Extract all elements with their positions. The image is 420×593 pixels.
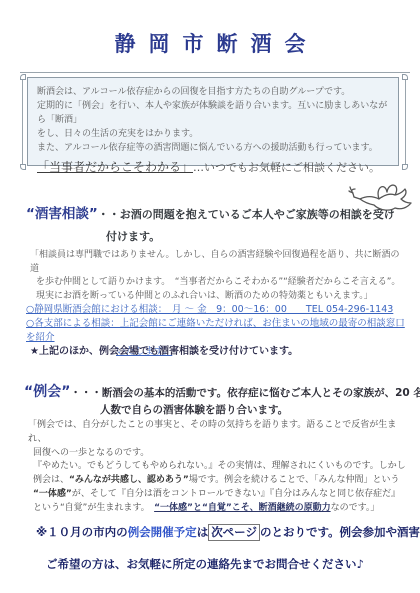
meeting-quote: 「例会では、自分がしたことの事実と、その時の気持ちを語ります。語ることで反省が生… <box>28 419 406 516</box>
consult-star-note: ★上記のほか、例会会場でも酒害相談を受け付けています。 <box>30 342 298 357</box>
footer-note-line1: ※１０月の市内の例会開催予定は次ページのとおりです。例会参加や酒害相談を <box>36 524 420 540</box>
scroll-corner-curl <box>402 164 408 170</box>
intro-line: また、アルコール依存症等の酒害問題に悩んでいる方への援助活動も行っています。 <box>37 141 390 155</box>
scroll-left-roll <box>22 80 23 168</box>
consult-heading: “酒害相談”・・お酒の問題を抱えているご本人やご家族等の相談を受け <box>26 202 395 222</box>
meeting-quote-line: 『やめたい。でもどうしてもやめられない。』その実情は、理解されにくいものです。し… <box>28 460 406 474</box>
scroll-right-roll <box>405 80 406 168</box>
next-page-box: 次ページ <box>208 524 260 541</box>
consult-heading-dots: ・・ <box>98 208 120 221</box>
meeting-heading: “例会”・・・断酒会の基本的活動です。依存症に悩むご本人とその家族が、20 名ほ… <box>24 381 420 401</box>
scroll-corner-curl <box>20 74 26 80</box>
emphasis-driving-force: “一体感”と“自覚”こそ、断酒継続の原動力 <box>154 503 330 513</box>
contact-branch-link[interactable]: ○各支部による相談：上記会館にご連絡いただければ、お住まいの地域の最寄の相談窓口… <box>26 317 412 345</box>
callout-rest: …いつでもお気軽にご相談ください。 <box>193 161 380 174</box>
consult-quote-line: を歩む仲間として語りかけます。 “当事者だからこそわかる”“経験者だからこそ言え… <box>30 276 402 290</box>
scroll-top-edge <box>20 72 410 73</box>
intro-callout: 「当事者だからこそわかる」…いつでもお気軽にご相談ください。 <box>37 160 390 175</box>
scroll-corner-curl <box>20 164 26 170</box>
meeting-heading-continuation: 人数で自らの酒害体験を語り合います。 <box>100 402 288 417</box>
consult-quote-line: 「相談員は専門職ではありません。しかし、自らの酒害経験や回復過程を語り、共に断酒… <box>30 250 400 274</box>
footer-wa: は <box>197 525 209 539</box>
meeting-quote-line: 例会は、“みんなが共感し、認めあう”場です。例会を続けることで、「みんな仲間」と… <box>28 474 406 488</box>
contact-hall-link[interactable]: ○静岡県断酒会館における相談： 月 ～ 金 9：00～16：00 TEL 054… <box>26 303 412 317</box>
intro-line: 定期的に「例会」を行い、本人や家族が体験談を語り合います。互いに励ましあいながら… <box>37 99 390 127</box>
meeting-quote-line: “一体感”が、そして『自分は酒をコントロールできない』『自分はみんなと同じ依存症… <box>28 488 406 502</box>
consult-heading-continuation: 付けます。 <box>106 228 160 244</box>
dove-icon <box>348 178 414 234</box>
footer-prefix: ※１０月の市内の <box>36 525 128 539</box>
meeting-heading-dots: ・・・ <box>70 387 102 399</box>
footer-note-line2: ご希望の方は、お気軽に所定の連絡先までお問合せください♪ <box>46 556 364 572</box>
consult-quote: 「相談員は専門職ではありません。しかし、自らの酒害経験や回復過程を語り、共に断酒… <box>30 249 402 303</box>
page-title: 静岡市断酒会 <box>0 28 420 58</box>
meeting-quote-line: 回復への一歩となるのです。 <box>28 447 406 461</box>
callout-underlined: 「当事者だからこそわかる」 <box>37 160 193 174</box>
scroll-corner-curl <box>402 74 408 80</box>
footer-suffix: のとおりです。例会参加や酒害相談を <box>260 525 420 539</box>
intro-line: をし、日々の生活の充実をはかります。 <box>37 127 390 141</box>
intro-line: 断酒会は、アルコール依存症からの回復を目指す方たちの自助グループです。 <box>37 85 390 99</box>
emphasis-empathy: “みんなが共感し、認めあう” <box>69 475 189 485</box>
meeting-heading-term: “例会” <box>24 384 70 400</box>
intro-scroll-box: 断酒会は、アルコール依存症からの回復を目指す方たちの自助グループです。 定期的に… <box>27 77 399 166</box>
intro-text: 断酒会は、アルコール依存症からの回復を目指す方たちの自助グループです。 定期的に… <box>28 78 398 175</box>
consult-heading-term: “酒害相談” <box>26 206 98 222</box>
footer-schedule-text: 例会開催予定 <box>128 525 197 539</box>
meeting-heading-rest: 断酒会の基本的活動です。依存症に悩むご本人とその家族が、20 名ほどの <box>102 387 420 399</box>
meeting-quote-line: という“自覚”が生まれます。 “一体感”と“自覚”こそ、断酒継続の原動力なのです… <box>28 502 406 516</box>
emphasis-unity: “一体感” <box>33 489 72 499</box>
meeting-quote-line: 「例会では、自分がしたことの事実と、その時の気持ちを語ります。語ることで反省が生… <box>28 420 396 444</box>
consult-quote-line: 現実にお酒を断っている仲間とのふれ合いは、断酒のための特効薬ともいえます。」 <box>30 290 402 304</box>
